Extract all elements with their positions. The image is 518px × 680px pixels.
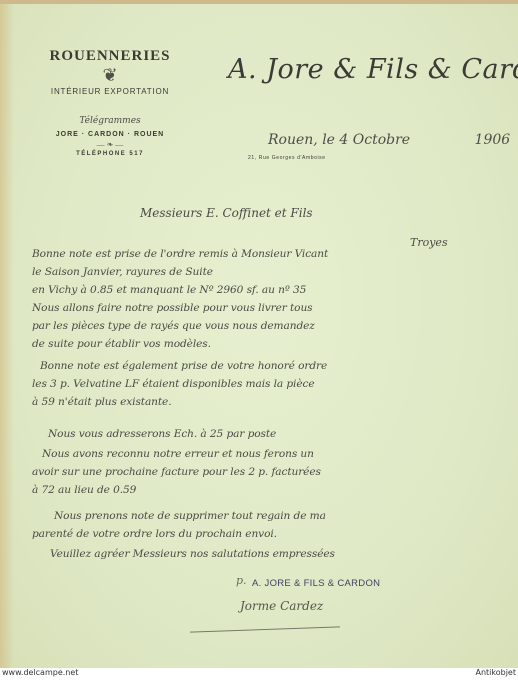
markets-subheading: INTÉRIEUR EXPORTATION [30, 87, 190, 96]
letter-line: à 59 n'était plus existante. [32, 396, 171, 408]
seller-label: Antikobjet [475, 668, 516, 677]
place-date-text: Rouen, le 4 Octobre [268, 132, 410, 148]
letter-line: Nous prenons note de supprimer tout rega… [54, 510, 326, 522]
signature-flourish [190, 626, 340, 632]
letter-line: Bonne note est prise de l'ordre remis à … [32, 248, 328, 260]
letter-line: les 3 p. Velvatine LF étaient disponible… [32, 378, 315, 390]
letter-sheet: ROUENNERIES ❦ INTÉRIEUR EXPORTATION Télé… [0, 0, 518, 668]
watermark-footer: www.delcampe.net Antikobjet [0, 668, 518, 680]
letter-line: Nous allons faire notre possible pour vo… [32, 302, 313, 314]
signature: Jorme Cardez [240, 599, 323, 613]
company-name-script: A. Jore & Fils & Cardon [228, 54, 508, 85]
telephone-number: TÉLÉPHONE 517 [30, 151, 190, 157]
letterhead-left-block: ROUENNERIES ❦ INTÉRIEUR EXPORTATION Télé… [30, 14, 190, 157]
letter-line: Bonne note est également prise de votre … [40, 360, 327, 372]
telegrams-label: Télégrammes [30, 116, 190, 126]
letter-line: Nous avons reconnu notre erreur et nous … [42, 448, 314, 460]
place-and-date: Rouen, le 4 Octobre 1906 [268, 132, 510, 148]
letter-line: Nous vous adresserons Ech. à 25 par post… [48, 428, 276, 440]
company-stamp: A. JORE & FILS & CARDON [252, 578, 380, 589]
addressee-city: Troyes [410, 236, 448, 249]
letter-line: en Vichy à 0.85 et manquant le Nº 2960 s… [32, 284, 306, 296]
telegraph-address: JORE · CARDON · ROUEN [30, 131, 190, 138]
per-procuration-mark: p. [236, 574, 247, 587]
trade-heading: ROUENNERIES [30, 48, 190, 65]
letter-line: Veuillez agréer Messieurs nos salutation… [50, 548, 335, 560]
letter-line: le Saison Janvier, rayures de Suite [32, 266, 213, 278]
fleuron-ornament-icon: ❦ [30, 67, 190, 85]
divider-flourish: — ❧ — [30, 140, 190, 149]
addressee: Messieurs E. Coffinet et Fils [140, 206, 313, 220]
year: 1906 [475, 132, 511, 148]
street-address: 21, Rue Georges d'Amboise [248, 155, 326, 161]
letter-line: à 72 au lieu de 0.59 [32, 484, 136, 496]
letter-line: avoir sur une prochaine facture pour les… [32, 466, 321, 478]
letter-line: de suite pour établir vos modèles. [32, 338, 211, 350]
letter-line: par les pièces type de rayés que vous no… [32, 320, 315, 332]
source-site-label: www.delcampe.net [2, 668, 78, 677]
letter-line: parenté de votre ordre lors du prochain … [32, 528, 277, 540]
